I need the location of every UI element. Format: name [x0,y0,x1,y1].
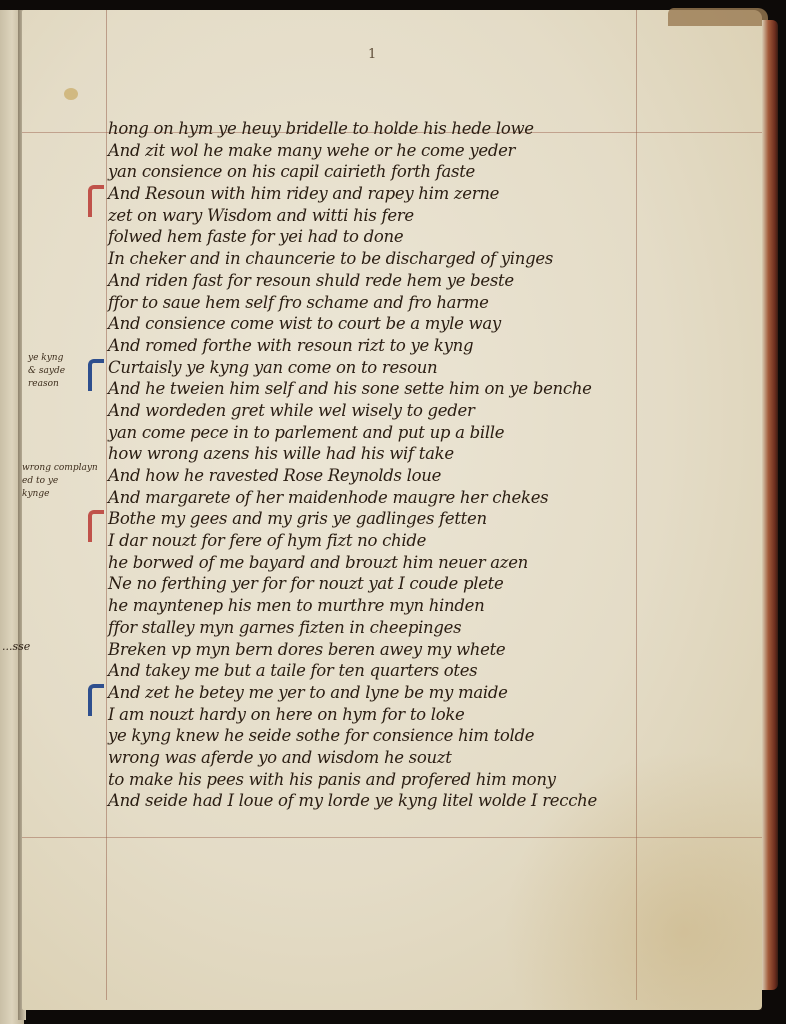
manuscript-text-block: hong on hym ye heuy bridelle to holde hi… [108,118,708,812]
line-text: And Resoun with him ridey and rapey him … [108,184,499,203]
stain [64,88,78,100]
paraph-mark-blue [88,359,104,391]
manuscript-line: zet on wary Wisdom and witti his fere [108,205,708,227]
margin-note-line: ed to ye [22,475,98,488]
manuscript-line: to make his pees with his panis and prof… [108,769,708,791]
manuscript-line: And romed forthe with resoun rizt to ye … [108,335,708,357]
line-text: how wrong azens his wille had his wif ta… [108,444,454,463]
manuscript-line: In cheker and in chauncerie to be discha… [108,248,708,270]
manuscript-line: And zet he betey me yer to and lyne be m… [108,682,708,704]
manuscript-line: Curtaisly ye kyng yan come on to resoun [108,357,708,379]
line-text: Curtaisly ye kyng yan come on to resoun [108,358,437,377]
line-text: And he tweien him self and his sone sett… [108,379,592,398]
manuscript-line: wrong was aferde yo and wisdom he souzt [108,747,708,769]
page-fore-edge [762,20,778,990]
line-text: he borwed of me bayard and brouzt him ne… [108,553,528,572]
line-text: And margarete of her maidenhode maugre h… [108,488,548,507]
manuscript-line: hong on hym ye heuy bridelle to holde hi… [108,118,708,140]
margin-note-line: ye kyng [28,352,65,365]
manuscript-line: ffor to saue hem self fro schame and fro… [108,292,708,314]
line-text: I dar nouzt for fere of hym fizt no chid… [108,531,426,550]
left-ruling-line [106,10,107,1000]
paraph-mark-red [88,185,104,217]
line-text: And romed forthe with resoun rizt to ye … [108,336,473,355]
manuscript-line: he mayntenep his men to murthre myn hind… [108,595,708,617]
line-text: Ne no ferthing yer for for nouzt yat I c… [108,574,503,593]
manuscript-line: how wrong azens his wille had his wif ta… [108,443,708,465]
margin-note-upper: ye kyng & sayde reason [28,352,65,391]
line-text: zet on wary Wisdom and witti his fere [108,206,414,225]
margin-note-line: & sayde [28,365,65,378]
margin-note-lower: wrong complayn ed to ye kynge [22,462,98,501]
manuscript-line: Bothe my gees and my gris ye gadlinges f… [108,508,708,530]
line-text: yan come pece in to parlement and put up… [108,423,504,442]
facing-page-fragment: ...sse [2,640,30,653]
paraph-mark-blue [88,684,104,716]
manuscript-line: And Resoun with him ridey and rapey him … [108,183,708,205]
line-text: he mayntenep his men to murthre myn hind… [108,596,484,615]
manuscript-line: yan consience on his capil cairieth fort… [108,161,708,183]
manuscript-line: And wordeden gret while wel wisely to ge… [108,400,708,422]
line-text: folwed hem faste for yei had to done [108,227,403,246]
line-text: And seide had I loue of my lorde ye kyng… [108,791,597,810]
line-text: And zit wol he make many wehe or he come… [108,141,515,160]
line-text: And riden fast for resoun shuld rede hem… [108,271,514,290]
line-text: wrong was aferde yo and wisdom he souzt [108,748,452,767]
manuscript-line: And how he ravested Rose Reynolds loue [108,465,708,487]
paraph-mark-red [88,510,104,542]
manuscript-line: And riden fast for resoun shuld rede hem… [108,270,708,292]
line-text: And how he ravested Rose Reynolds loue [108,466,441,485]
manuscript-line: And takey me but a taile for ten quarter… [108,660,708,682]
manuscript-line: folwed hem faste for yei had to done [108,226,708,248]
margin-note-line: reason [28,378,65,391]
line-text: ffor to saue hem self fro schame and fro… [108,293,489,312]
manuscript-line: Breken vp myn bern dores beren awey my w… [108,639,708,661]
damaged-corner [668,8,768,26]
folio-number: 1 [368,47,376,62]
line-text: And consience come wist to court be a my… [108,314,501,333]
line-text: ye kyng knew he seide sothe for consienc… [108,726,534,745]
line-text: to make his pees with his panis and prof… [108,770,556,789]
manuscript-line: I am nouzt hardy on here on hym for to l… [108,704,708,726]
manuscript-line: And he tweien him self and his sone sett… [108,378,708,400]
line-text: yan consience on his capil cairieth fort… [108,162,475,181]
line-text: ffor stalley myn garnes fizten in cheepi… [108,618,461,637]
margin-note-line: kynge [22,488,98,501]
line-text: And zet he betey me yer to and lyne be m… [108,683,508,702]
manuscript-line: And margarete of her maidenhode maugre h… [108,487,708,509]
manuscript-line: And zit wol he make many wehe or he come… [108,140,708,162]
line-text: And wordeden gret while wel wisely to ge… [108,401,475,420]
margin-note-line: wrong complayn [22,462,98,475]
manuscript-line: And consience come wist to court be a my… [108,313,708,335]
line-text: hong on hym ye heuy bridelle to holde hi… [108,119,534,138]
manuscript-line: yan come pece in to parlement and put up… [108,422,708,444]
manuscript-line: I dar nouzt for fere of hym fizt no chid… [108,530,708,552]
manuscript-line: And seide had I loue of my lorde ye kyng… [108,790,708,812]
line-text: And takey me but a taile for ten quarter… [108,661,477,680]
line-text: Breken vp myn bern dores beren awey my w… [108,640,505,659]
manuscript-line: Ne no ferthing yer for for nouzt yat I c… [108,573,708,595]
line-text: In cheker and in chauncerie to be discha… [108,249,553,268]
manuscript-line: he borwed of me bayard and brouzt him ne… [108,552,708,574]
manuscript-line: ye kyng knew he seide sothe for consienc… [108,725,708,747]
line-text: Bothe my gees and my gris ye gadlinges f… [108,509,487,528]
bottom-ruling-line [22,837,762,838]
manuscript-line: ffor stalley myn garnes fizten in cheepi… [108,617,708,639]
line-text: I am nouzt hardy on here on hym for to l… [108,705,465,724]
